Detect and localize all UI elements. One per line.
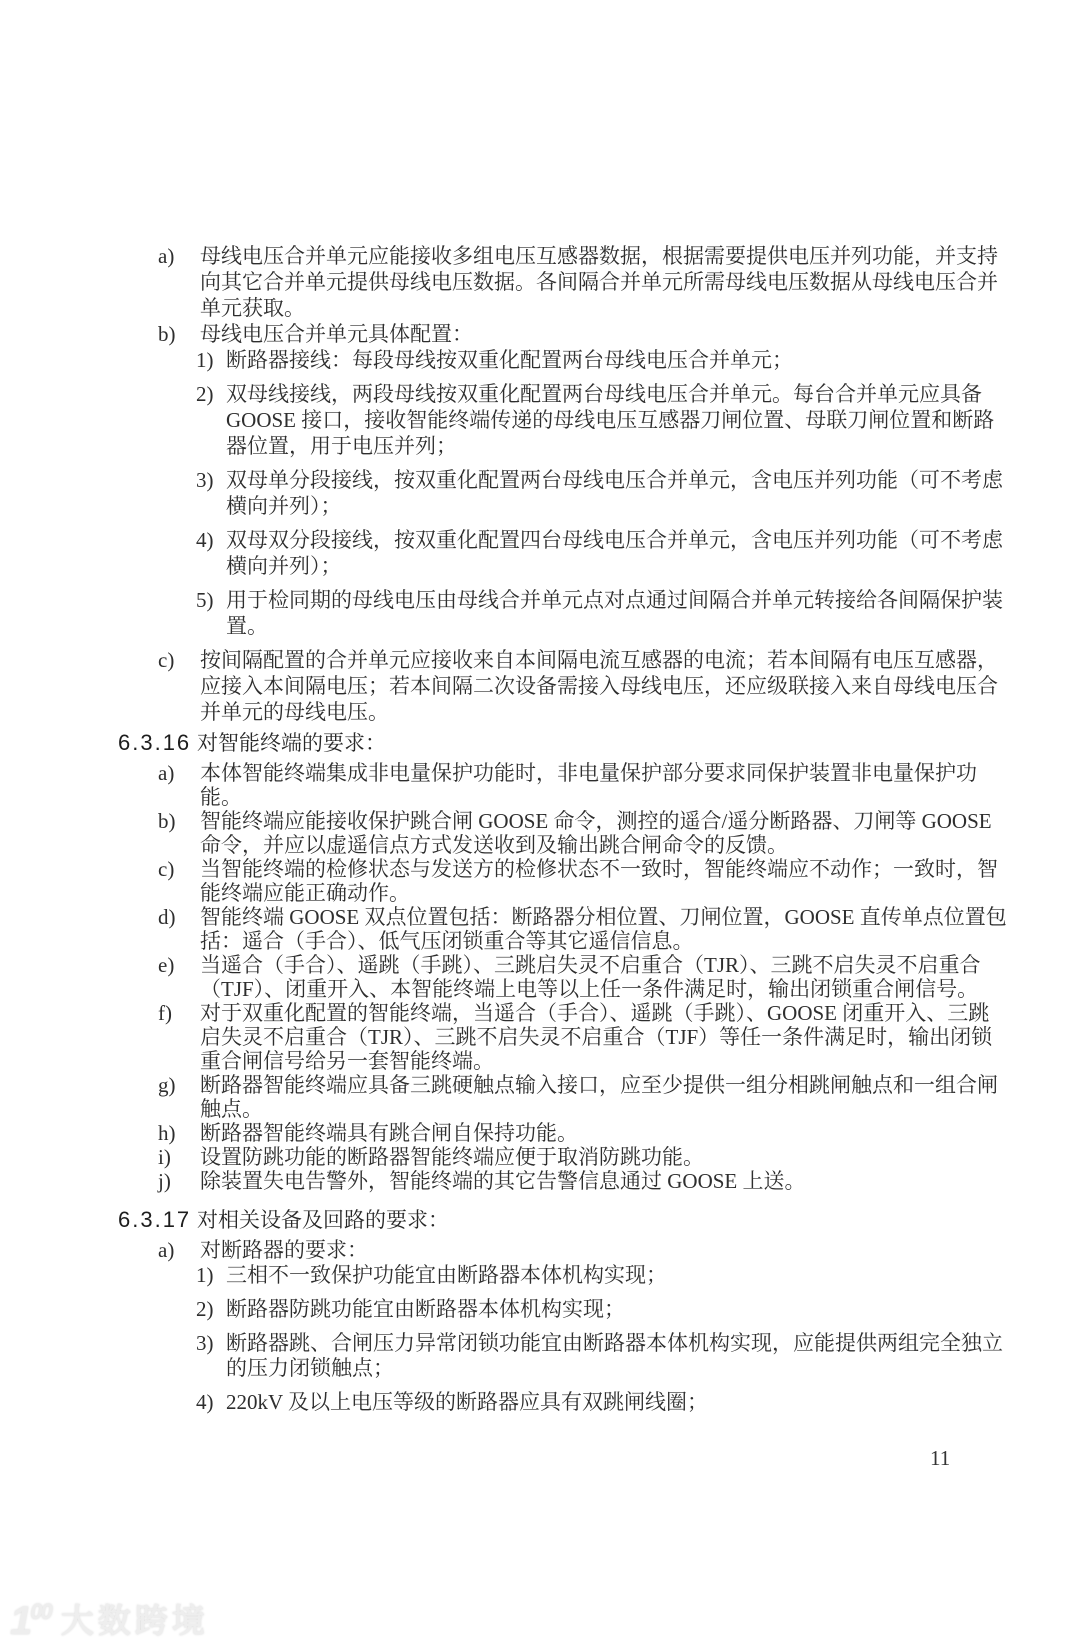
item-label: a) (158, 1238, 200, 1263)
item-label: i) (158, 1145, 200, 1169)
item-text: 断路器智能终端应具备三跳硬触点输入接口，应至少提供一组分相跳闸触点和一组合闸触点… (200, 1073, 998, 1121)
item-text: 双母双分段接线，按双重化配置四台母线电压合并单元，含电压并列功能（可不考虑横向并… (226, 527, 1003, 579)
list-item-2: 2)断路器防跳功能宜由断路器本体机构实现； (0, 1297, 1080, 1322)
list-item-g: g)断路器智能终端应具备三跳硬触点输入接口，应至少提供一组分相跳闸触点和一组合闸… (0, 1073, 1080, 1121)
item-text: 智能终端 GOOSE 双点位置包括：断路器分相位置、刀闸位置，GOOSE 直传单… (200, 905, 1007, 953)
item-text: 设置防跳功能的断路器智能终端应便于取消防跳功能。 (200, 1145, 704, 1169)
item-text: 用于检同期的母线电压由母线合并单元点对点通过间隔合并单元转接给各间隔保护装置。 (226, 587, 1003, 639)
text-line: 智能终端应能接收保护跳合闸 GOOSE 命令，测控的遥合/遥分断路器、刀闸等 G… (200, 809, 992, 833)
item-label: f) (158, 1001, 200, 1025)
text-line: 双母线接线，两段母线按双重化配置两台母线电压合并单元。每台合并单元应具备 (226, 381, 994, 407)
text-line: 当遥合（手合）、遥跳（手跳）、三跳启失灵不启重合（TJR）、三跳不启失灵不启重合 (200, 953, 981, 977)
text-line: 启失灵不启重合（TJR）、三跳不启失灵不启重合（TJF）等任一条件满足时，输出闭… (200, 1025, 992, 1049)
item-text: 断路器防跳功能宜由断路器本体机构实现； (226, 1297, 625, 1322)
section-6-3-16-heading: 6.3.16 对智能终端的要求： (0, 730, 1080, 756)
text-line: 对于双重化配置的智能终端，当遥合（手合）、遥跳（手跳）、GOOSE 闭重开入、三… (200, 1001, 992, 1025)
list-item-1: 1)三相不一致保护功能宜由断路器本体机构实现； (0, 1263, 1080, 1288)
item-text: 断路器接线：每段母线按双重化配置两台母线电压合并单元； (226, 347, 793, 373)
list-item-b: b)母线电压合并单元具体配置： (0, 321, 1080, 347)
item-label: h) (158, 1121, 200, 1145)
list-item-2: 2)双母线接线，两段母线按双重化配置两台母线电压合并单元。每台合并单元应具备GO… (0, 381, 1080, 459)
text-line: 括：遥合（手合）、低气压闭锁重合等其它遥信信息。 (200, 929, 1007, 953)
list-item-a: a)本体智能终端集成非电量保护功能时，非电量保护部分要求同保护装置非电量保护功能… (0, 761, 1080, 809)
watermark-text: 大数跨境 (61, 1601, 209, 1641)
section-title: 对相关设备及回路的要求： (197, 1207, 449, 1233)
item-text: 母线电压合并单元应能接收多组电压互感器数据，根据需要提供电压并列功能，并支持向其… (200, 243, 998, 321)
text-line: 置。 (226, 613, 1003, 639)
item-label: 4) (196, 527, 226, 553)
item-label: b) (158, 809, 200, 833)
text-line: 命令，并应以虚遥信点方式发送收到及输出跳合闸命令的反馈。 (200, 833, 992, 857)
item-text: 双母单分段接线，按双重化配置两台母线电压合并单元，含电压并列功能（可不考虑横向并… (226, 467, 1003, 519)
text-line: 触点。 (200, 1097, 998, 1121)
list-item-c: c)按间隔配置的合并单元应接收来自本间隔电流互感器的电流；若本间隔有电压互感器，… (0, 647, 1080, 725)
section-title: 对智能终端的要求： (197, 730, 386, 756)
text-line: 横向并列）； (226, 553, 1003, 579)
text-line: 设置防跳功能的断路器智能终端应便于取消防跳功能。 (200, 1145, 704, 1169)
list-item-1: 1)断路器接线：每段母线按双重化配置两台母线电压合并单元； (0, 347, 1080, 373)
list-item-5: 5)用于检同期的母线电压由母线合并单元点对点通过间隔合并单元转接给各间隔保护装置… (0, 587, 1080, 639)
text-line: 本体智能终端集成非电量保护功能时，非电量保护部分要求同保护装置非电量保护功 (200, 761, 977, 785)
section-number: 6.3.16 (118, 730, 197, 756)
list-item-a: a)对断路器的要求： (0, 1238, 1080, 1263)
item-text: 按间隔配置的合并单元应接收来自本间隔电流互感器的电流；若本间隔有电压互感器，应接… (200, 647, 998, 725)
text-line: 双母双分段接线，按双重化配置四台母线电压合并单元，含电压并列功能（可不考虑 (226, 527, 1003, 553)
text-line: 断路器跳、合闸压力异常闭锁功能宜由断路器本体机构实现，应能提供两组完全独立 (226, 1331, 1003, 1356)
item-label: g) (158, 1073, 200, 1097)
list-item-b: b)智能终端应能接收保护跳合闸 GOOSE 命令，测控的遥合/遥分断路器、刀闸等… (0, 809, 1080, 857)
list-item-h: h)断路器智能终端具有跳合闸自保持功能。 (0, 1121, 1080, 1145)
list-section-6-3-16: a)本体智能终端集成非电量保护功能时，非电量保护部分要求同保护装置非电量保护功能… (0, 761, 1080, 1193)
text-line: 母线电压合并单元应能接收多组电压互感器数据，根据需要提供电压并列功能，并支持 (200, 243, 998, 269)
list-item-e: e)当遥合（手合）、遥跳（手跳）、三跳启失灵不启重合（TJR）、三跳不启失灵不启… (0, 953, 1080, 1001)
text-line: 断路器智能终端应具备三跳硬触点输入接口，应至少提供一组分相跳闸触点和一组合闸 (200, 1073, 998, 1097)
text-line: 用于检同期的母线电压由母线合并单元点对点通过间隔合并单元转接给各间隔保护装 (226, 587, 1003, 613)
text-line: 向其它合并单元提供母线电压数据。各间隔合并单元所需母线电压数据从母线电压合并 (200, 269, 998, 295)
item-text: 母线电压合并单元具体配置： (200, 321, 473, 347)
document-page: a)母线电压合并单元应能接收多组电压互感器数据，根据需要提供电压并列功能，并支持… (0, 0, 1080, 1643)
item-label: d) (158, 905, 200, 929)
list-item-a: a)母线电压合并单元应能接收多组电压互感器数据，根据需要提供电压并列功能，并支持… (0, 243, 1080, 321)
text-line: 单元获取。 (200, 295, 998, 321)
item-label: 2) (196, 1297, 226, 1322)
text-line: 双母单分段接线，按双重化配置两台母线电压合并单元，含电压并列功能（可不考虑 (226, 467, 1003, 493)
item-label: b) (158, 321, 200, 347)
section-number: 6.3.17 (118, 1207, 197, 1233)
item-label: 1) (196, 1263, 226, 1288)
item-text: 三相不一致保护功能宜由断路器本体机构实现； (226, 1263, 667, 1288)
section-6-3-17-heading: 6.3.17 对相关设备及回路的要求： (0, 1207, 1080, 1233)
list-item-c: c)当智能终端的检修状态与发送方的检修状态不一致时，智能终端应不动作；一致时，智… (0, 857, 1080, 905)
list-item-3: 3)双母单分段接线，按双重化配置两台母线电压合并单元，含电压并列功能（可不考虑横… (0, 467, 1080, 519)
item-text: 对于双重化配置的智能终端，当遥合（手合）、遥跳（手跳）、GOOSE 闭重开入、三… (200, 1001, 992, 1073)
watermark: 1 00 大数跨境 (10, 1601, 209, 1641)
item-text: 本体智能终端集成非电量保护功能时，非电量保护部分要求同保护装置非电量保护功能。 (200, 761, 977, 809)
item-text: 断路器智能终端具有跳合闸自保持功能。 (200, 1121, 578, 1145)
list-item-f: f)对于双重化配置的智能终端，当遥合（手合）、遥跳（手跳）、GOOSE 闭重开入… (0, 1001, 1080, 1073)
item-text: 当智能终端的检修状态与发送方的检修状态不一致时，智能终端应不动作；一致时，智能终… (200, 857, 998, 905)
watermark-logo-1: 1 (10, 1601, 32, 1641)
text-line: 断路器智能终端具有跳合闸自保持功能。 (200, 1121, 578, 1145)
item-text: 智能终端应能接收保护跳合闸 GOOSE 命令，测控的遥合/遥分断路器、刀闸等 G… (200, 809, 992, 857)
page-number: 11 (930, 1446, 950, 1471)
text-line: 母线电压合并单元具体配置： (200, 321, 473, 347)
watermark-logo-00: 00 (30, 1601, 50, 1623)
text-line: 220kV 及以上电压等级的断路器应具有双跳闸线圈； (226, 1390, 708, 1415)
list-item-d: d)智能终端 GOOSE 双点位置包括：断路器分相位置、刀闸位置，GOOSE 直… (0, 905, 1080, 953)
text-line: 的压力闭锁触点； (226, 1356, 1003, 1381)
item-text: 双母线接线，两段母线按双重化配置两台母线电压合并单元。每台合并单元应具备GOOS… (226, 381, 994, 459)
item-label: 3) (196, 467, 226, 493)
list-before-6-3-16: a)母线电压合并单元应能接收多组电压互感器数据，根据需要提供电压并列功能，并支持… (0, 243, 1080, 725)
list-item-3: 3)断路器跳、合闸压力异常闭锁功能宜由断路器本体机构实现，应能提供两组完全独立的… (0, 1331, 1080, 1381)
text-line: 断路器防跳功能宜由断路器本体机构实现； (226, 1297, 625, 1322)
item-label: c) (158, 857, 200, 881)
item-label: a) (158, 761, 200, 785)
list-section-6-3-17: a)对断路器的要求：1)三相不一致保护功能宜由断路器本体机构实现；2)断路器防跳… (0, 1238, 1080, 1415)
item-label: c) (158, 647, 200, 673)
text-line: 除装置失电告警外，智能终端的其它告警信息通过 GOOSE 上送。 (200, 1169, 806, 1193)
item-label: 4) (196, 1390, 226, 1415)
item-text: 断路器跳、合闸压力异常闭锁功能宜由断路器本体机构实现，应能提供两组完全独立的压力… (226, 1331, 1003, 1381)
item-label: 1) (196, 347, 226, 373)
text-line: 智能终端 GOOSE 双点位置包括：断路器分相位置、刀闸位置，GOOSE 直传单… (200, 905, 1007, 929)
item-text: 当遥合（手合）、遥跳（手跳）、三跳启失灵不启重合（TJR）、三跳不启失灵不启重合… (200, 953, 981, 1001)
item-text: 220kV 及以上电压等级的断路器应具有双跳闸线圈； (226, 1390, 708, 1415)
text-line: （TJF）、闭重开入、本智能终端上电等以上任一条件满足时，输出闭锁重合闸信号。 (200, 977, 981, 1001)
text-line: 能。 (200, 785, 977, 809)
list-item-4: 4)双母双分段接线，按双重化配置四台母线电压合并单元，含电压并列功能（可不考虑横… (0, 527, 1080, 579)
document-content: a)母线电压合并单元应能接收多组电压互感器数据，根据需要提供电压并列功能，并支持… (0, 243, 1080, 1415)
item-label: e) (158, 953, 200, 977)
list-item-4: 4)220kV 及以上电压等级的断路器应具有双跳闸线圈； (0, 1390, 1080, 1415)
text-line: 横向并列）； (226, 493, 1003, 519)
item-label: 5) (196, 587, 226, 613)
text-line: 并单元的母线电压。 (200, 699, 998, 725)
text-line: GOOSE 接口，接收智能终端传递的母线电压互感器刀闸位置、母联刀闸位置和断路 (226, 407, 994, 433)
item-label: j) (158, 1169, 200, 1193)
text-line: 当智能终端的检修状态与发送方的检修状态不一致时，智能终端应不动作；一致时，智 (200, 857, 998, 881)
item-label: 3) (196, 1331, 226, 1356)
list-item-j: j)除装置失电告警外，智能终端的其它告警信息通过 GOOSE 上送。 (0, 1169, 1080, 1193)
list-item-i: i)设置防跳功能的断路器智能终端应便于取消防跳功能。 (0, 1145, 1080, 1169)
item-label: a) (158, 243, 200, 269)
text-line: 重合闸信号给另一套智能终端。 (200, 1049, 992, 1073)
item-text: 除装置失电告警外，智能终端的其它告警信息通过 GOOSE 上送。 (200, 1169, 806, 1193)
text-line: 断路器接线：每段母线按双重化配置两台母线电压合并单元； (226, 347, 793, 373)
text-line: 能终端应能正确动作。 (200, 881, 998, 905)
text-line: 应接入本间隔电压；若本间隔二次设备需接入母线电压，还应级联接入来自母线电压合 (200, 673, 998, 699)
text-line: 三相不一致保护功能宜由断路器本体机构实现； (226, 1263, 667, 1288)
text-line: 器位置，用于电压并列； (226, 433, 994, 459)
watermark-logo-icon: 1 00 (10, 1601, 51, 1641)
item-text: 对断路器的要求： (200, 1238, 368, 1263)
item-label: 2) (196, 381, 226, 407)
text-line: 按间隔配置的合并单元应接收来自本间隔电流互感器的电流；若本间隔有电压互感器， (200, 647, 998, 673)
text-line: 对断路器的要求： (200, 1238, 368, 1263)
